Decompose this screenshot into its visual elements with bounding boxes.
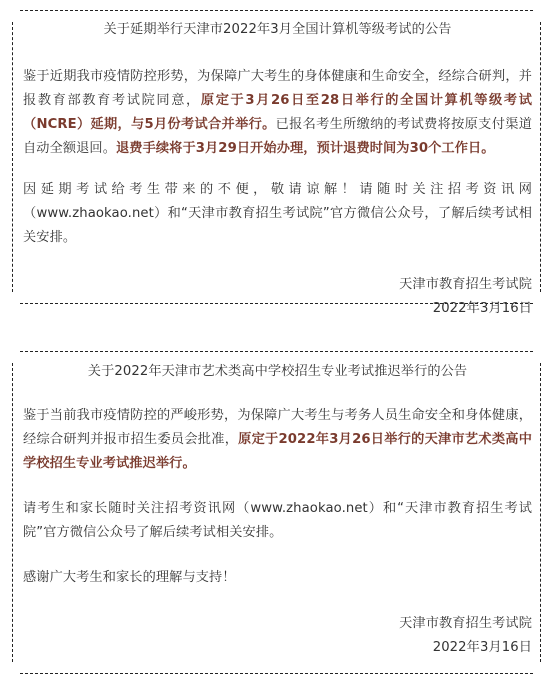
- dashed-border-top: [20, 10, 533, 11]
- notice-title: 关于2022年天津市艺术类高中学校招生专业考试推迟举行的公告: [23, 360, 532, 384]
- notice-paragraph: 感谢广大考生和家长的理解与支持！: [23, 566, 532, 590]
- notice-paragraph: 鉴于近期我市疫情防控形势，为保障广大考生的身体健康和生命安全，经综合研判，并报教…: [23, 65, 532, 161]
- notice-paragraph: 请考生和家长随时关注招考资讯网（www.zhaokao.net）和“天津市教育招…: [23, 497, 532, 545]
- dashed-border-left: [12, 22, 13, 292]
- issuer-signature: 天津市教育招生考试院: [23, 273, 532, 297]
- dashed-border-right: [540, 363, 541, 662]
- issuer-signature: 天津市教育招生考试院: [23, 612, 532, 636]
- issue-date: 2022年3月16日: [23, 297, 532, 321]
- dashed-border-right: [540, 22, 541, 292]
- dashed-border-top: [20, 351, 533, 352]
- highlighted-text: 退费手续将于3月29日开始办理，预计退费时间为30个工作日。: [116, 141, 495, 156]
- notice-paragraph: 因延期考试给考生带来的不便，敬请谅解！请随时关注招考资讯网（www.zhaoka…: [23, 178, 532, 250]
- notice-title: 关于延期举行天津市2022年3月全国计算机等级考试的公告: [23, 18, 532, 42]
- issue-date: 2022年3月16日: [23, 636, 532, 660]
- notice-paragraph: 鉴于当前我市疫情防控的严峻形势，为保障广大考生与考务人员生命安全和身体健康，经综…: [23, 404, 532, 476]
- dashed-border-bottom: [20, 673, 533, 674]
- notice-content: 关于延期举行天津市2022年3月全国计算机等级考试的公告 鉴于近期我市疫情防控形…: [23, 18, 532, 321]
- notice-content: 关于2022年天津市艺术类高中学校招生专业考试推迟举行的公告 鉴于当前我市疫情防…: [23, 360, 532, 660]
- dashed-border-left: [12, 363, 13, 662]
